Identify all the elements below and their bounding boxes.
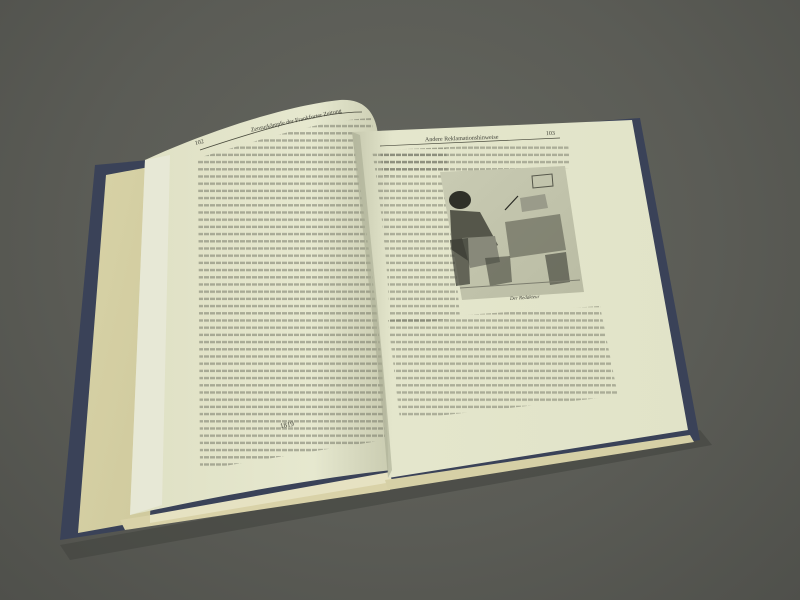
photo-scene: 102 Zensurkämpfe der Frankfurter Zeitung… <box>0 0 800 600</box>
illustration-engraving <box>440 166 584 300</box>
book-photo <box>0 0 800 600</box>
